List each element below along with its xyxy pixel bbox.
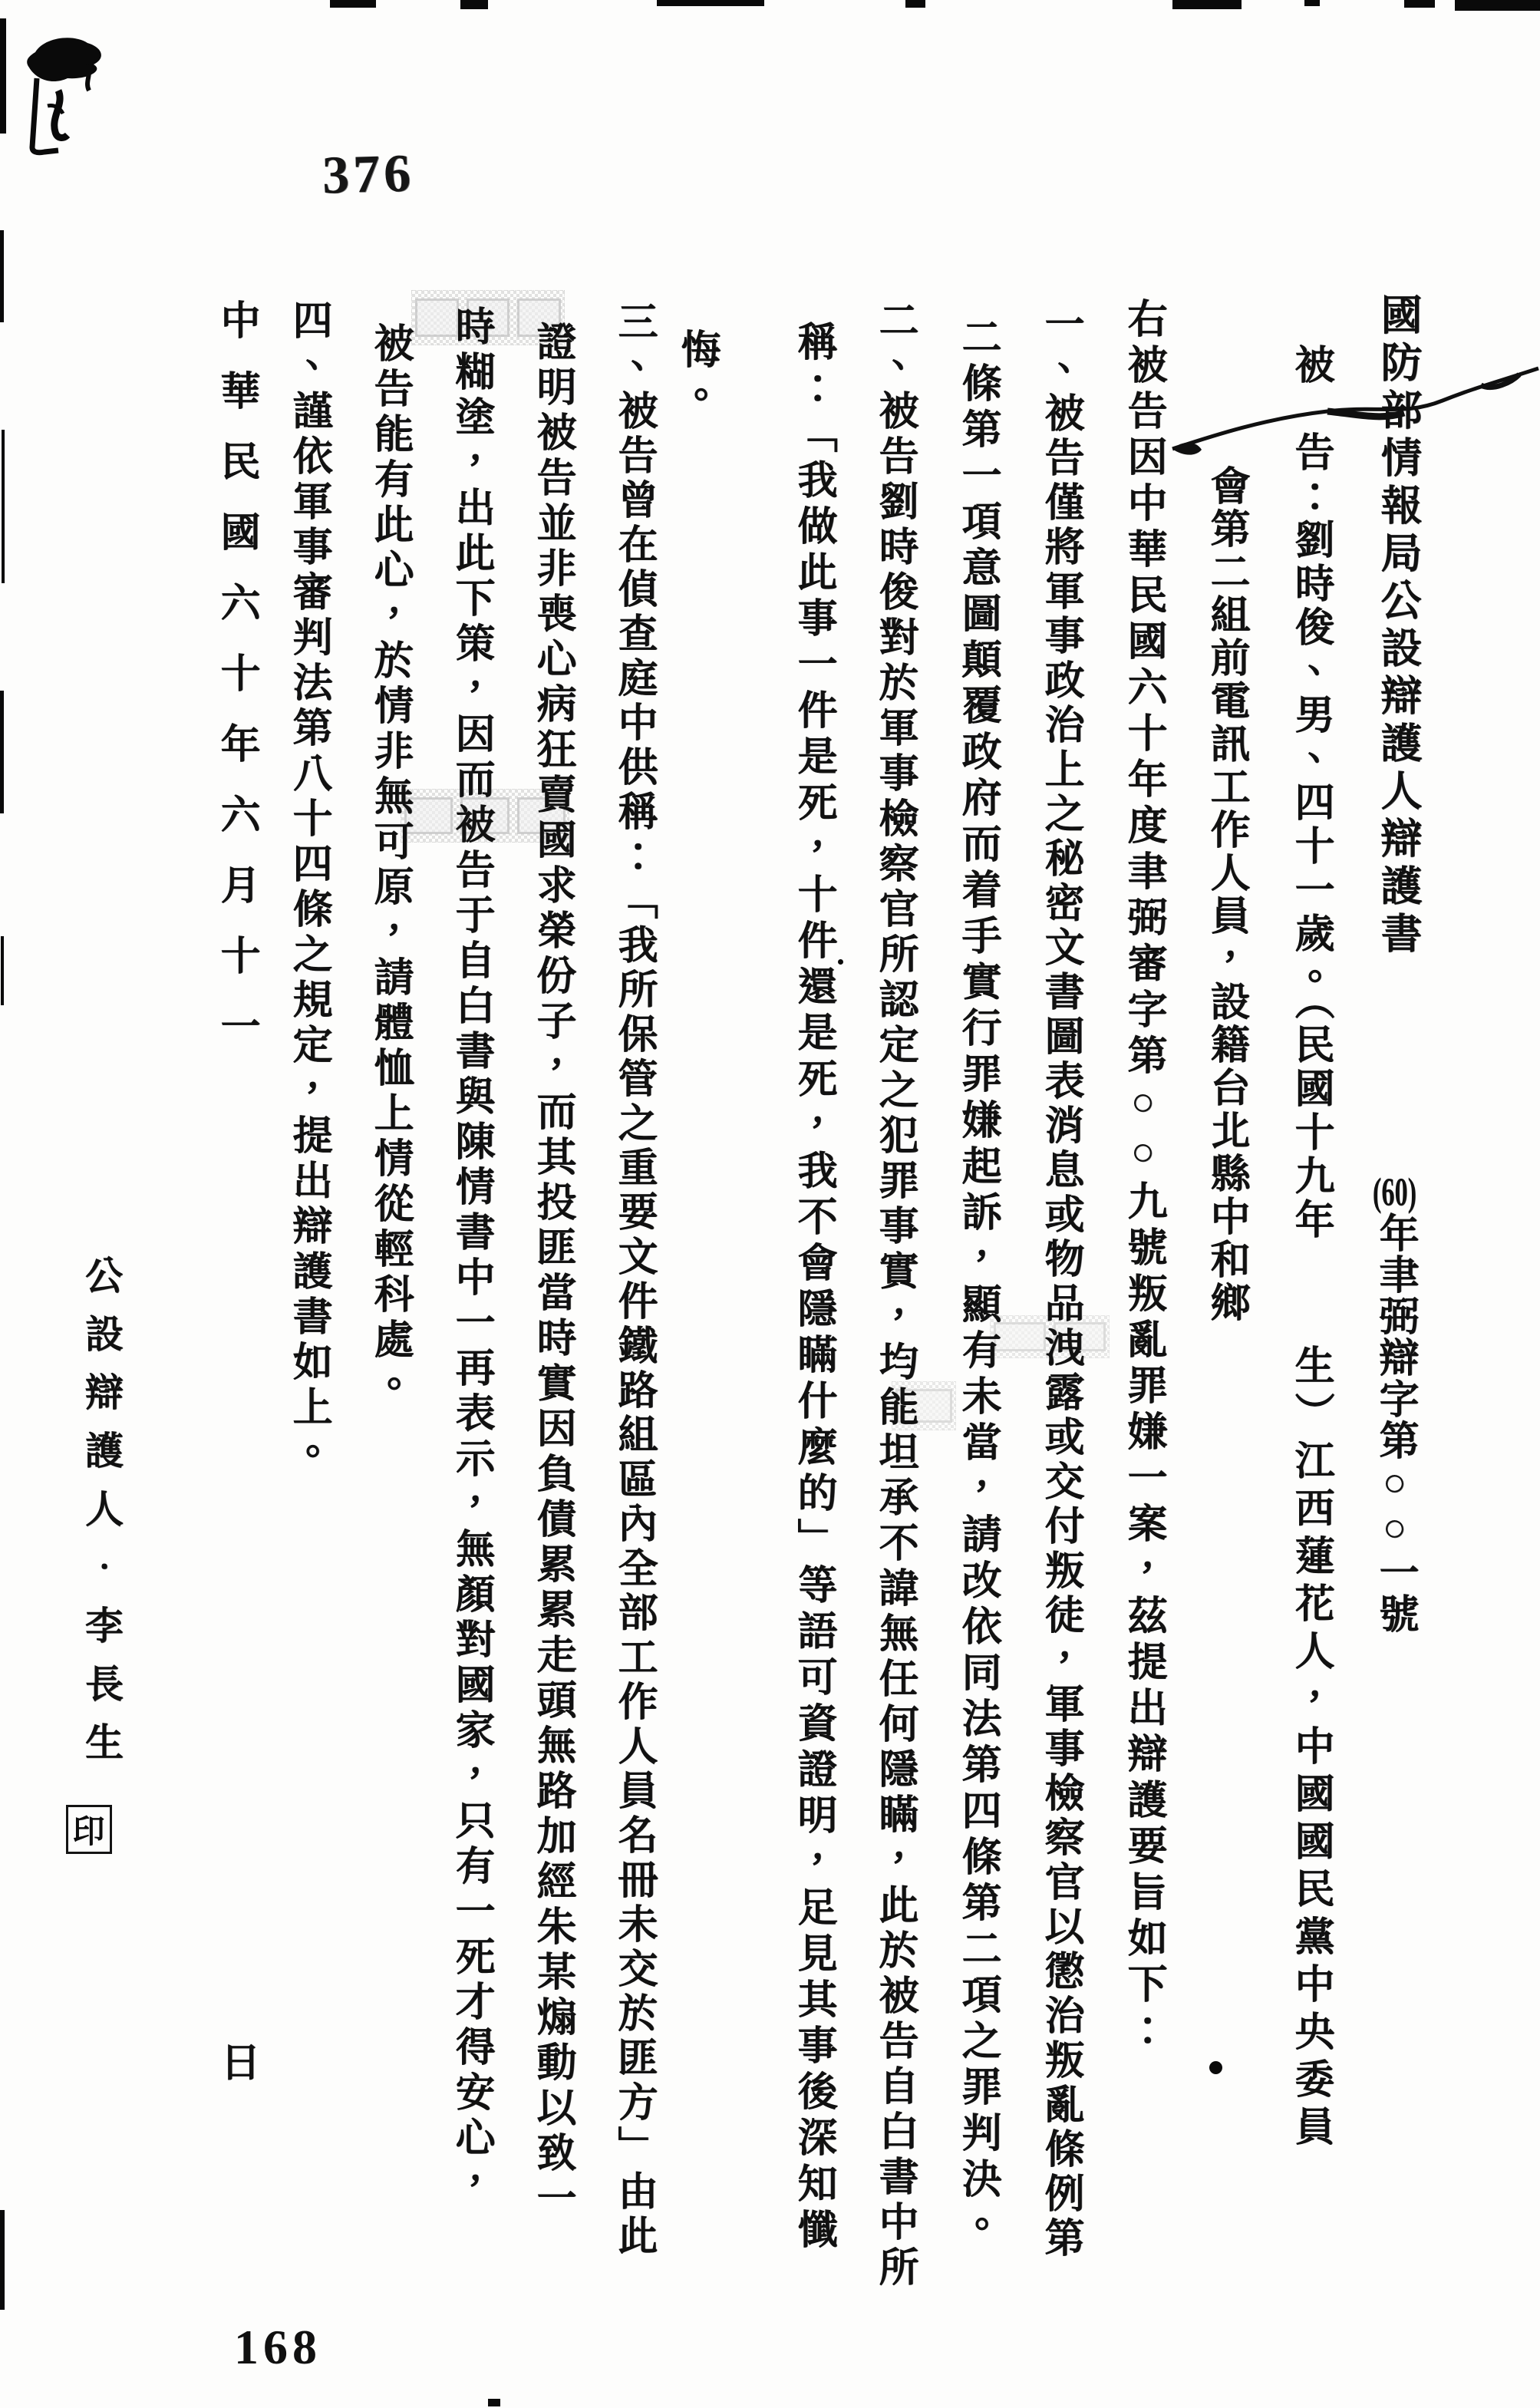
point-3-line-3: 時糊塗，出此下策，因而被告于自白書與陳情書中一再表示，無顏對國家，只有一死才得安… (442, 305, 500, 2207)
scan-edge-artifact (0, 691, 4, 813)
point-2-line-1: 二、被告劉時俊對於軍事檢察官所認定之犯罪事實，均能坦承不諱無任何隱瞞，此於被告自… (866, 299, 923, 2291)
stamped-page-number: 376 (322, 143, 415, 206)
scan-edge-artifact (330, 0, 376, 8)
scan-edge-artifact (0, 18, 6, 134)
scan-edge-artifact (488, 2399, 500, 2406)
scan-edge-artifact (1455, 0, 1540, 11)
point-3-line-4: 被告能有此心，於情非無可原，請體恤上情從輕科處。 (361, 322, 418, 1409)
ink-dot-artifact (1209, 2061, 1222, 2074)
scan-edge-artifact (1404, 0, 1435, 8)
ink-dot-artifact (838, 959, 843, 965)
case-number: (60)年聿弼辯字第○○一號 (1366, 1173, 1423, 1634)
scan-edge-artifact (905, 0, 925, 8)
scan-edge-artifact (1172, 0, 1242, 9)
scan-edge-artifact (460, 0, 488, 9)
printed-page-number: 168 (234, 2319, 322, 2376)
date-day: 日 (207, 2041, 265, 2081)
defendant-line-1: 被 告：劉時俊、男、四十一歲。（民國十九年 (1281, 344, 1339, 1242)
point-2-line-3: 悔。 (668, 328, 725, 421)
point-1-line-2: 二條第一項意圖顛覆政府而着手實行罪嫌起訴，顯有未當，請改依同法第四條第二項之罪判… (948, 316, 1006, 2250)
scanned-page: 國防部情報局公設辯護人辯護書(60)年聿弼辯字第○○一號被 告：劉時俊、男、四十… (0, 0, 1540, 2408)
point-3-line-1: 三、被告曾在偵查庭中供稱：「我所保管之重要文件鐵路組區內全部工作人員名冊未交於匪… (605, 301, 662, 2259)
scan-edge-artifact (1, 936, 4, 1005)
point-2-line-2: 稱：「我做此事一件是死，十件還是死，我不會隱瞞什麼的」等語可資證明，足見其事後深… (784, 321, 842, 2255)
case-summary: 右被告因中華民國六十年度聿弼審字第○○九號叛亂罪嫌一案，茲提出辯護要旨如下： (1114, 298, 1172, 2055)
seal-label: 印 (73, 1806, 105, 1852)
ink-smudge-stamp (14, 31, 121, 169)
case-number-text: 年聿弼辯字第○○一號 (1373, 1212, 1416, 1634)
scan-edge-artifact (657, 0, 764, 6)
point-4: 四、謹依軍事審判法第八十四條之規定，提出辯護書如上。 (279, 299, 337, 1476)
doc-title: 國防部情報局公設辯護人辯護書 (1369, 293, 1428, 959)
defendant-line-2: 生）江西蓮花人，中國國民黨中央委員 (1281, 1344, 1339, 2153)
signature: 公設辯護人．李長生 (74, 1255, 129, 1780)
date-line: 中華民國六十年六月十一 (207, 299, 265, 1076)
point-3-line-2: 證明被告並非喪心病狂賣國求榮份子，而其投匪當時實因負債累累走頭無路加經朱某煽動以… (523, 321, 581, 2222)
seal-stamp: 印 (66, 1805, 112, 1854)
scan-edge-artifact (2, 430, 5, 583)
defendant-line-3: 會第二組前電訊工作人員，設籍台北縣中和鄉 (1197, 465, 1255, 1324)
point-1-line-1: 一、被告僅將軍事政治上之秘密文書圖表消息或物品洩露或交付叛徒，軍事檢察官以懲治叛… (1031, 303, 1089, 2261)
scan-edge-artifact (0, 230, 4, 322)
scan-edge-artifact (1304, 0, 1320, 6)
case-number-year-prefix: (60) (1373, 1173, 1416, 1212)
scan-edge-artifact (0, 2210, 5, 2310)
